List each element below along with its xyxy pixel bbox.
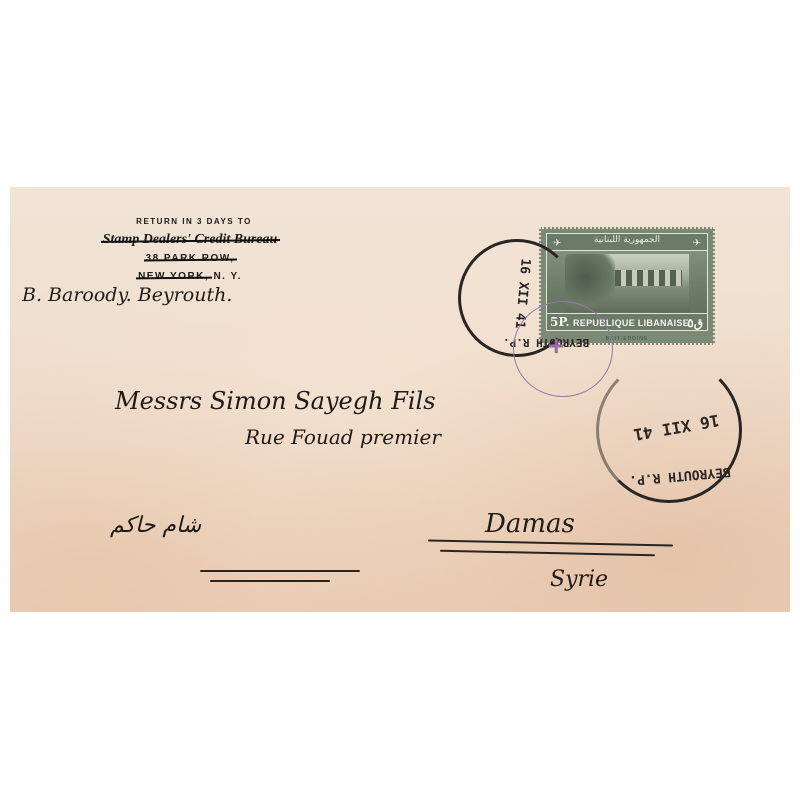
return-address: RETURN IN 3 DAYS TO Stamp Dealers' Credi… [55,217,325,284]
airplane-icon: ✈ [553,238,561,249]
return-city: NEW YORK, N. Y. [138,271,242,282]
return-company: Stamp Dealers' Credit Bureau [103,232,278,248]
stamp-arabic-header: الجمهورية اللبنانية [594,235,660,245]
recipient-country: Syrie [550,567,608,592]
recipient-arabic-city: شام حاكم [110,513,201,538]
cross-icon: + [548,330,564,362]
postmark: 16 XII 41 BEYROUTH R.P. [596,357,742,503]
recipient-street: Rue Fouad premier [245,425,441,449]
underline [428,539,673,546]
envelope: RETURN IN 3 DAYS TO Stamp Dealers' Credi… [10,187,790,612]
sender-handwritten: B. Baroody. Beyrouth. [22,284,232,306]
return-title: RETURN IN 3 DAYS TO [63,217,325,226]
recipient-city: Damas [485,509,575,539]
underline [440,550,655,557]
stamp-vignette [565,254,689,312]
airplane-icon: ✈ [693,238,701,249]
recipient-name: Messrs Simon Sayegh Fils [115,387,436,415]
censor-mark: + [513,301,613,397]
return-street: 38 PARK ROW, [146,253,235,264]
underline [200,570,360,572]
stamp-value-arabic: ق٥ [687,316,703,330]
underline [210,580,330,582]
